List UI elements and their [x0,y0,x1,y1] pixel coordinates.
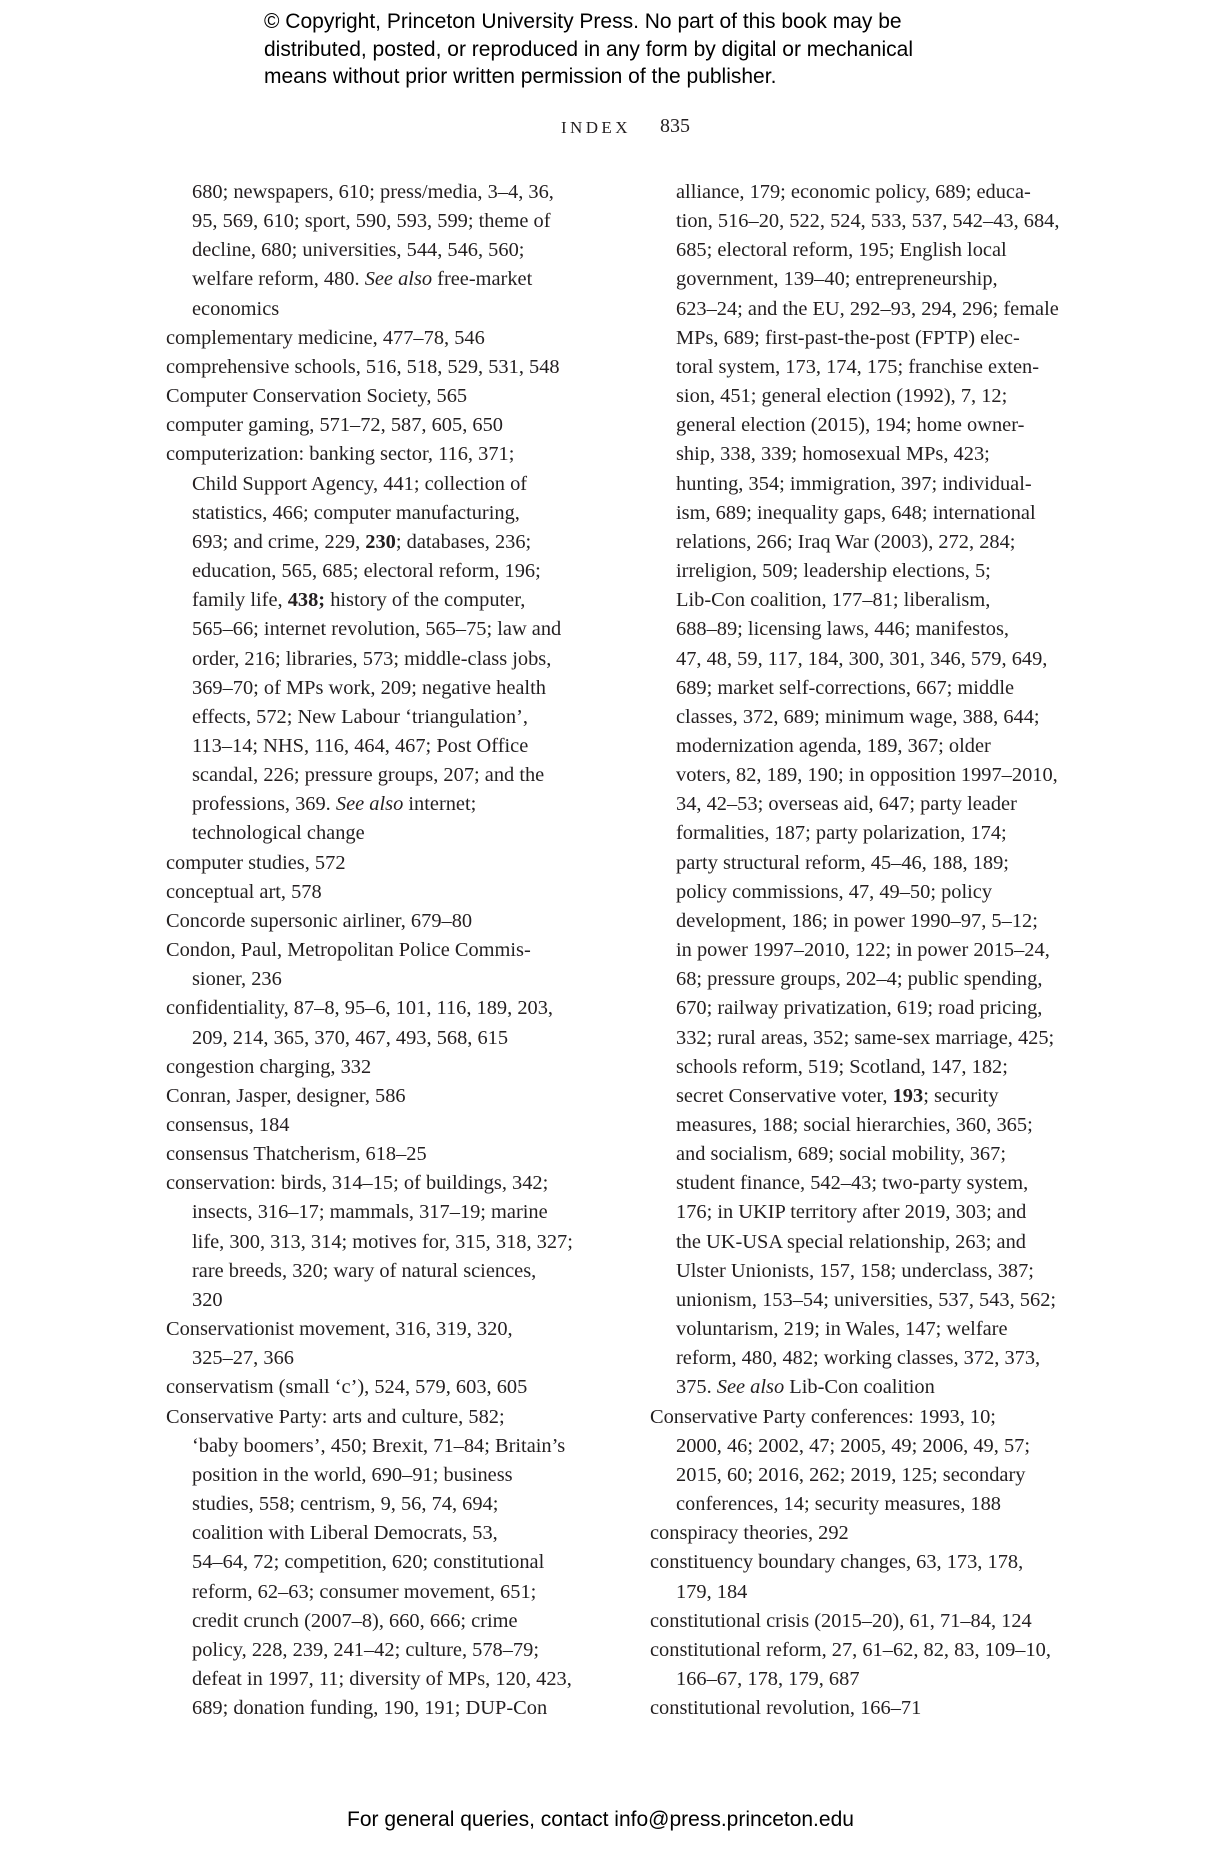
index-subentry-line: in power 1997–2010, 122; in power 2015–2… [650,936,1095,965]
index-subentry-line: 685; electoral reform, 195; English loca… [650,236,1095,265]
entry-text: government, 139–40; entrepreneurship, [676,268,998,290]
entry-text: party structural reform, 45–46, 188, 189… [676,852,1009,874]
entry-text: hunting, 354; immigration, 397; individu… [676,473,1032,495]
index-subentry-line: and socialism, 689; social mobility, 367… [650,1140,1095,1169]
index-subentry-line: studies, 558; centrism, 9, 56, 74, 694; [166,1490,606,1519]
entry-text: 565–66; internet revolution, 565–75; law… [192,618,561,640]
index-subentry-line: 689; market self-corrections, 667; middl… [650,674,1095,703]
index-column-left: 680; newspapers, 610; press/media, 3–4, … [166,178,606,1723]
entry-text: toral system, 173, 174, 175; franchise e… [676,356,1039,378]
index-subentry-line: secret Conservative voter, 193; security [650,1082,1095,1111]
index-subentry-line: hunting, 354; immigration, 397; individu… [650,470,1095,499]
index-entry-line: constitutional revolution, 166–71 [650,1694,1095,1723]
entry-text: 34, 42–53; overseas aid, 647; party lead… [676,793,1017,815]
index-subentry-line: life, 300, 313, 314; motives for, 315, 3… [166,1228,606,1257]
entry-text: irreligion, 509; leadership elections, 5… [676,560,991,582]
index-subentry-line: 623–24; and the EU, 292–93, 294, 296; fe… [650,295,1095,324]
index-subentry-line: 320 [166,1286,606,1315]
copyright-notice: © Copyright, Princeton University Press.… [264,8,984,91]
index-subentry-line: Lib-Con coalition, 177–81; liberalism, [650,586,1095,615]
entry-text: Lib-Con coalition, 177–81; liberalism, [676,589,990,611]
index-entry-line: Condon, Paul, Metropolitan Police Commis… [166,936,606,965]
running-head: INDEX 835 [0,114,1225,142]
index-subentry-line: sion, 451; general election (1992), 7, 1… [650,382,1095,411]
entry-text: 2015, 60; 2016, 262; 2019, 125; secondar… [676,1464,1025,1486]
entry-text: ‘baby boomers’, 450; Brexit, 71–84; Brit… [192,1435,565,1457]
entry-text: ship, 338, 339; homosexual MPs, 423; [676,443,990,465]
entry-text: schools reform, 519; Scotland, 147, 182; [676,1056,1008,1078]
entry-text: coalition with Liberal Democrats, 53, [192,1522,498,1544]
entry-text: 209, 214, 365, 370, 467, 493, 568, 615 [192,1027,508,1049]
entry-text: Concorde supersonic airliner, 679–80 [166,910,472,932]
entry-text: consensus Thatcherism, 618–25 [166,1143,427,1165]
index-subentry-line: 369–70; of MPs work, 209; negative healt… [166,674,606,703]
entry-text: 680; newspapers, 610; press/media, 3–4, … [192,181,554,203]
entry-text: voluntarism, 219; in Wales, 147; welfare [676,1318,1008,1340]
index-subentry-line: ism, 689; inequality gaps, 648; internat… [650,499,1095,528]
index-subentry-line: 670; railway privatization, 619; road pr… [650,994,1095,1023]
entry-text: 54–64, 72; competition, 620; constitutio… [192,1551,544,1573]
index-subentry-line: reform, 62–63; consumer movement, 651; [166,1578,606,1607]
index-entry-line: consensus Thatcherism, 618–25 [166,1140,606,1169]
index-subentry-line: professions, 369. See also internet; [166,790,606,819]
entry-text: 68; pressure groups, 202–4; public spend… [676,968,1042,990]
entry-text: economics [192,298,279,320]
index-subentry-line: sioner, 236 [166,965,606,994]
entry-text: in power 1997–2010, 122; in power 2015–2… [676,939,1050,961]
index-subentry-line: 113–14; NHS, 116, 464, 467; Post Office [166,732,606,761]
index-entry-line: conceptual art, 578 [166,878,606,907]
bold-page-ref: 230 [365,531,396,553]
entry-text: 685; electoral reform, 195; English loca… [676,239,1007,261]
entry-text: constituency boundary changes, 63, 173, … [650,1551,1023,1573]
entry-text: 670; railway privatization, 619; road pr… [676,997,1042,1019]
entry-text: 176; in UKIP territory after 2019, 303; … [676,1201,1026,1223]
index-subentry-line: 680; newspapers, 610; press/media, 3–4, … [166,178,606,207]
entry-text: relations, 266; Iraq War (2003), 272, 28… [676,531,1015,553]
entry-text: 2000, 46; 2002, 47; 2005, 49; 2006, 49, … [676,1435,1030,1457]
index-entry-line: confidentiality, 87–8, 95–6, 101, 116, 1… [166,994,606,1023]
entry-text: position in the world, 690–91; business [192,1464,513,1486]
index-subentry-line: voluntarism, 219; in Wales, 147; welfare [650,1315,1095,1344]
index-subentry-line: relations, 266; Iraq War (2003), 272, 28… [650,528,1095,557]
entry-text: alliance, 179; economic policy, 689; edu… [676,181,1031,203]
index-subentry-line: rare breeds, 320; wary of natural scienc… [166,1257,606,1286]
index-subentry-line: modernization agenda, 189, 367; older [650,732,1095,761]
index-subentry-line: schools reform, 519; Scotland, 147, 182; [650,1053,1095,1082]
index-entry-line: consensus, 184 [166,1111,606,1140]
entry-text: computer gaming, 571–72, 587, 605, 650 [166,414,503,436]
index-subentry-line: voters, 82, 189, 190; in opposition 1997… [650,761,1095,790]
index-entry-line: conspiracy theories, 292 [650,1519,1095,1548]
index-subentry-line: 68; pressure groups, 202–4; public spend… [650,965,1095,994]
entry-text: ; databases, 236; [396,531,531,553]
entry-text: decline, 680; universities, 544, 546, 56… [192,239,524,261]
index-subentry-line: 209, 214, 365, 370, 467, 493, 568, 615 [166,1024,606,1053]
index-subentry-line: student finance, 542–43; two-party syste… [650,1169,1095,1198]
bold-page-ref: 193 [893,1085,924,1107]
entry-text: and socialism, 689; social mobility, 367… [676,1143,1006,1165]
index-entry-line: constitutional crisis (2015–20), 61, 71–… [650,1607,1095,1636]
index-subentry-line: effects, 572; New Labour ‘triangulation’… [166,703,606,732]
index-subentry-line: scandal, 226; pressure groups, 207; and … [166,761,606,790]
entry-text: free-market [432,268,532,290]
index-subentry-line: unionism, 153–54; universities, 537, 543… [650,1286,1095,1315]
entry-text: 47, 48, 59, 117, 184, 300, 301, 346, 579… [676,648,1047,670]
index-entry-line: congestion charging, 332 [166,1053,606,1082]
index-subentry-line: measures, 188; social hierarchies, 360, … [650,1111,1095,1140]
entry-text: welfare reform, 480. [192,268,365,290]
entry-text: computerization: banking sector, 116, 37… [166,443,514,465]
entry-text: ism, 689; inequality gaps, 648; internat… [676,502,1036,524]
index-subentry-line: policy commissions, 47, 49–50; policy [650,878,1095,907]
index-subentry-line: 332; rural areas, 352; same-sex marriage… [650,1024,1095,1053]
index-entry-line: Conran, Jasper, designer, 586 [166,1082,606,1111]
copyright-line: means without prior written permission o… [264,63,984,91]
entry-text: family life, [192,589,288,611]
entry-text: 369–70; of MPs work, 209; negative healt… [192,677,546,699]
index-subentry-line: welfare reform, 480. See also free-marke… [166,265,606,294]
entry-text: effects, 572; New Labour ‘triangulation’… [192,706,528,728]
index-subentry-line: position in the world, 690–91; business [166,1461,606,1490]
entry-text: 689; market self-corrections, 667; middl… [676,677,1014,699]
entry-text: 623–24; and the EU, 292–93, 294, 296; fe… [676,298,1059,320]
entry-text: insects, 316–17; mammals, 317–19; marine [192,1201,548,1223]
entry-text: MPs, 689; first-past-the-post (FPTP) ele… [676,327,1020,349]
index-column-right: alliance, 179; economic policy, 689; edu… [650,178,1095,1723]
index-subentry-line: 565–66; internet revolution, 565–75; law… [166,615,606,644]
entry-text: consensus, 184 [166,1114,289,1136]
index-subentry-line: 375. See also Lib-Con coalition [650,1373,1095,1402]
entry-text: tion, 516–20, 522, 524, 533, 537, 542–43… [676,210,1059,232]
entry-text: classes, 372, 689; minimum wage, 388, 64… [676,706,1040,728]
entry-text: confidentiality, 87–8, 95–6, 101, 116, 1… [166,997,553,1019]
entry-text: education, 565, 685; electoral reform, 1… [192,560,541,582]
index-subentry-line: ‘baby boomers’, 450; Brexit, 71–84; Brit… [166,1432,606,1461]
entry-text: defeat in 1997, 11; diversity of MPs, 12… [192,1668,572,1690]
entry-text: ; security [923,1085,998,1107]
entry-text: 688–89; licensing laws, 446; manifestos, [676,618,1009,640]
index-subentry-line: 34, 42–53; overseas aid, 647; party lead… [650,790,1095,819]
entry-text: Conservationist movement, 316, 319, 320, [166,1318,513,1340]
entry-text: congestion charging, 332 [166,1056,371,1078]
index-subentry-line: credit crunch (2007–8), 660, 666; crime [166,1607,606,1636]
index-subentry-line: 176; in UKIP territory after 2019, 303; … [650,1198,1095,1227]
entry-text: constitutional reform, 27, 61–62, 82, 83… [650,1639,1051,1661]
index-entry-line: conservatism (small ‘c’), 524, 579, 603,… [166,1373,606,1402]
entry-text: 693; and crime, 229, [192,531,365,553]
index-subentry-line: ship, 338, 339; homosexual MPs, 423; [650,440,1095,469]
entry-text: 320 [192,1289,223,1311]
index-entry-line: Conservative Party conferences: 1993, 10… [650,1403,1095,1432]
entry-text: sioner, 236 [192,968,282,990]
entry-text: Conservative Party conferences: 1993, 10… [650,1406,996,1428]
index-subentry-line: 688–89; licensing laws, 446; manifestos, [650,615,1095,644]
index-entry-line: Concorde supersonic airliner, 679–80 [166,907,606,936]
entry-text: technological change [192,822,365,844]
index-entry-line: comprehensive schools, 516, 518, 529, 53… [166,353,606,382]
index-entry-line: constituency boundary changes, 63, 173, … [650,1548,1095,1577]
entry-text: conspiracy theories, 292 [650,1522,849,1544]
entry-text: constitutional revolution, 166–71 [650,1697,921,1719]
see-also-label: See also [717,1376,784,1398]
index-subentry-line: MPs, 689; first-past-the-post (FPTP) ele… [650,324,1095,353]
page-number: 835 [660,115,690,138]
entry-text: studies, 558; centrism, 9, 56, 74, 694; [192,1493,498,1515]
copyright-line: distributed, posted, or reproduced in an… [264,36,984,64]
footer-contact-text: For general queries, contact info@press.… [347,1808,854,1832]
entry-text: constitutional crisis (2015–20), 61, 71–… [650,1610,1032,1632]
entry-text: conferences, 14; security measures, 188 [676,1493,1001,1515]
index-subentry-line: Child Support Agency, 441; collection of [166,470,606,499]
entry-text: measures, 188; social hierarchies, 360, … [676,1114,1033,1136]
index-subentry-line: order, 216; libraries, 573; middle-class… [166,645,606,674]
index-entry-line: Computer Conservation Society, 565 [166,382,606,411]
entry-text: 375. [676,1376,717,1398]
entry-text: conservation: birds, 314–15; of building… [166,1172,548,1194]
entry-text: history of the computer, [325,589,525,611]
entry-text: professions, 369. [192,793,336,815]
entry-text: secret Conservative voter, [676,1085,893,1107]
index-subentry-line: education, 565, 685; electoral reform, 1… [166,557,606,586]
entry-text: 113–14; NHS, 116, 464, 467; Post Office [192,735,528,757]
index-subentry-line: tion, 516–20, 522, 524, 533, 537, 542–43… [650,207,1095,236]
index-subentry-line: 179, 184 [650,1578,1095,1607]
entry-text: Lib-Con coalition [784,1376,935,1398]
index-subentry-line: 95, 569, 610; sport, 590, 593, 599; them… [166,207,606,236]
index-subentry-line: reform, 480, 482; working classes, 372, … [650,1344,1095,1373]
entry-text: general election (2015), 194; home owner… [676,414,1024,436]
entry-text: 325–27, 366 [192,1347,294,1369]
entry-text: Condon, Paul, Metropolitan Police Commis… [166,939,531,961]
entry-text: rare breeds, 320; wary of natural scienc… [192,1260,536,1282]
entry-text: 166–67, 178, 179, 687 [676,1668,860,1690]
index-subentry-line: conferences, 14; security measures, 188 [650,1490,1095,1519]
index-subentry-line: formalities, 187; party polarization, 17… [650,819,1095,848]
entry-text: Conran, Jasper, designer, 586 [166,1085,406,1107]
entry-text: unionism, 153–54; universities, 537, 543… [676,1289,1056,1311]
index-entry-line: computerization: banking sector, 116, 37… [166,440,606,469]
index-subentry-line: statistics, 466; computer manufacturing, [166,499,606,528]
entry-text: reform, 62–63; consumer movement, 651; [192,1581,536,1603]
entry-text: sion, 451; general election (1992), 7, 1… [676,385,1007,407]
index-subentry-line: classes, 372, 689; minimum wage, 388, 64… [650,703,1095,732]
entry-text: comprehensive schools, 516, 518, 529, 53… [166,356,560,378]
index-subentry-line: toral system, 173, 174, 175; franchise e… [650,353,1095,382]
entry-text: 332; rural areas, 352; same-sex marriage… [676,1027,1054,1049]
index-entry-line: computer gaming, 571–72, 587, 605, 650 [166,411,606,440]
index-subentry-line: technological change [166,819,606,848]
bold-page-ref: 438; [288,589,325,611]
entry-text: internet; [403,793,476,815]
entry-text: 95, 569, 610; sport, 590, 593, 599; them… [192,210,551,232]
entry-text: development, 186; in power 1990–97, 5–12… [676,910,1038,932]
index-entry-line: constitutional reform, 27, 61–62, 82, 83… [650,1636,1095,1665]
index-subentry-line: 2000, 46; 2002, 47; 2005, 49; 2006, 49, … [650,1432,1095,1461]
index-subentry-line: insects, 316–17; mammals, 317–19; marine [166,1198,606,1227]
entry-text: scandal, 226; pressure groups, 207; and … [192,764,544,786]
entry-text: Ulster Unionists, 157, 158; underclass, … [676,1260,1034,1282]
entry-text: policy, 228, 239, 241–42; culture, 578–7… [192,1639,539,1661]
see-also-label: See also [336,793,403,815]
entry-text: conceptual art, 578 [166,881,322,903]
entry-text: the UK-USA special relationship, 263; an… [676,1231,1026,1253]
entry-text: complementary medicine, 477–78, 546 [166,327,485,349]
index-subentry-line: government, 139–40; entrepreneurship, [650,265,1095,294]
entry-text: life, 300, 313, 314; motives for, 315, 3… [192,1231,573,1253]
entry-text: order, 216; libraries, 573; middle-class… [192,648,551,670]
index-subentry-line: 2015, 60; 2016, 262; 2019, 125; secondar… [650,1461,1095,1490]
section-label: INDEX [561,118,631,138]
index-subentry-line: alliance, 179; economic policy, 689; edu… [650,178,1095,207]
index-subentry-line: 54–64, 72; competition, 620; constitutio… [166,1548,606,1577]
index-entry-line: complementary medicine, 477–78, 546 [166,324,606,353]
index-subentry-line: irreligion, 509; leadership elections, 5… [650,557,1095,586]
copyright-line: © Copyright, Princeton University Press.… [264,8,984,36]
index-subentry-line: general election (2015), 194; home owner… [650,411,1095,440]
entry-text: credit crunch (2007–8), 660, 666; crime [192,1610,518,1632]
entry-text: 179, 184 [676,1581,747,1603]
entry-text: 689; donation funding, 190, 191; DUP-Con [192,1697,547,1719]
entry-text: policy commissions, 47, 49–50; policy [676,881,992,903]
index-entry-line: Conservationist movement, 316, 319, 320, [166,1315,606,1344]
index-subentry-line: 325–27, 366 [166,1344,606,1373]
index-subentry-line: 166–67, 178, 179, 687 [650,1665,1095,1694]
index-subentry-line: development, 186; in power 1990–97, 5–12… [650,907,1095,936]
entry-text: statistics, 466; computer manufacturing, [192,502,520,524]
index-subentry-line: the UK-USA special relationship, 263; an… [650,1228,1095,1257]
entry-text: modernization agenda, 189, 367; older [676,735,991,757]
index-subentry-line: coalition with Liberal Democrats, 53, [166,1519,606,1548]
entry-text: computer studies, 572 [166,852,346,874]
index-subentry-line: 693; and crime, 229, 230; databases, 236… [166,528,606,557]
index-entry-line: conservation: birds, 314–15; of building… [166,1169,606,1198]
index-subentry-line: economics [166,295,606,324]
index-subentry-line: 689; donation funding, 190, 191; DUP-Con [166,1694,606,1723]
index-subentry-line: policy, 228, 239, 241–42; culture, 578–7… [166,1636,606,1665]
entry-text: reform, 480, 482; working classes, 372, … [676,1347,1040,1369]
entry-text: student finance, 542–43; two-party syste… [676,1172,1028,1194]
see-also-label: See also [365,268,432,290]
index-subentry-line: party structural reform, 45–46, 188, 189… [650,849,1095,878]
index-entry-line: computer studies, 572 [166,849,606,878]
entry-text: Computer Conservation Society, 565 [166,385,467,407]
entry-text: conservatism (small ‘c’), 524, 579, 603,… [166,1376,527,1398]
entry-text: Conservative Party: arts and culture, 58… [166,1406,505,1428]
index-entry-line: Conservative Party: arts and culture, 58… [166,1403,606,1432]
entry-text: formalities, 187; party polarization, 17… [676,822,1007,844]
index-subentry-line: Ulster Unionists, 157, 158; underclass, … [650,1257,1095,1286]
entry-text: voters, 82, 189, 190; in opposition 1997… [676,764,1058,786]
entry-text: Child Support Agency, 441; collection of [192,473,527,495]
index-subentry-line: 47, 48, 59, 117, 184, 300, 301, 346, 579… [650,645,1095,674]
index-subentry-line: defeat in 1997, 11; diversity of MPs, 12… [166,1665,606,1694]
index-subentry-line: decline, 680; universities, 544, 546, 56… [166,236,606,265]
index-subentry-line: family life, 438; history of the compute… [166,586,606,615]
